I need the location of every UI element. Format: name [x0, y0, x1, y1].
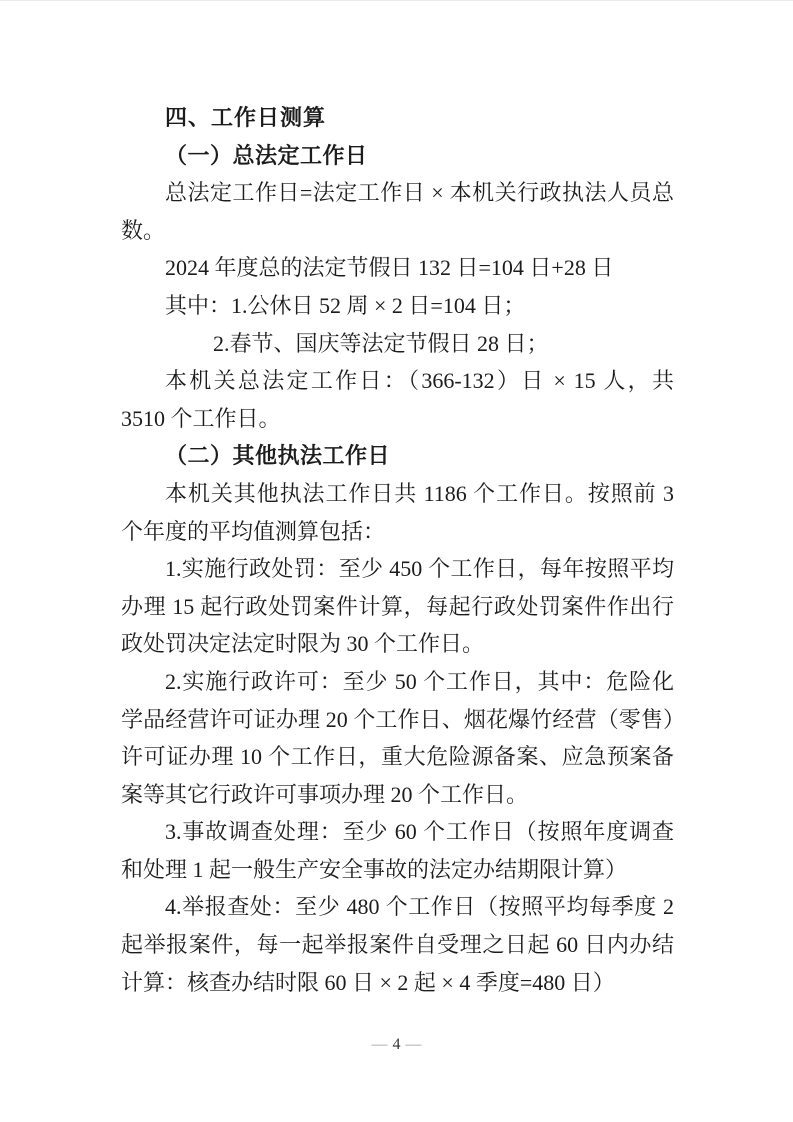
- footer-dash-right: —: [401, 1036, 427, 1053]
- document-body: 四、工作日测算 （一）总法定工作日 总法定工作日=法定工作日 × 本机关行政执法…: [121, 99, 674, 1001]
- paragraph-item-2: 2.实施行政许可：至少 50 个工作日，其中：危险化学品经营许可证办理 20 个…: [121, 663, 674, 813]
- paragraph-total: 本机关总法定工作日：（366-132）日 × 15 人，共 3510 个工作日。: [121, 362, 674, 437]
- subsection-title-1: （一）总法定工作日: [121, 137, 674, 175]
- paragraph-other-intro: 本机关其他执法工作日共 1186 个工作日。按照前 3 个年度的平均值测算包括：: [121, 475, 674, 550]
- page-footer: —4—: [0, 1037, 793, 1053]
- paragraph-formula: 总法定工作日=法定工作日 × 本机关行政执法人员总数。: [121, 174, 674, 249]
- document-page: 四、工作日测算 （一）总法定工作日 总法定工作日=法定工作日 × 本机关行政执法…: [0, 0, 793, 1122]
- subsection-title-2: （二）其他执法工作日: [121, 437, 674, 475]
- paragraph-item-3: 3.事故调查处理：至少 60 个工作日（按照年度调查和处理 1 起一般生产安全事…: [121, 813, 674, 888]
- section-title: 四、工作日测算: [121, 99, 674, 137]
- paragraph-item-1: 1.实施行政处罚：至少 450 个工作日，每年按照平均办理 15 起行政处罚案件…: [121, 550, 674, 663]
- paragraph-item-fest: 2.春节、国庆等法定节假日 28 日；: [121, 325, 674, 363]
- paragraph-item-4: 4.举报查处：至少 480 个工作日（按照平均每季度 2 起举报案件，每一起举报…: [121, 888, 674, 1001]
- footer-dash-left: —: [367, 1036, 393, 1053]
- page-number: 4: [393, 1036, 401, 1053]
- paragraph-item-rest: 其中：1.公休日 52 周 × 2 日=104 日；: [121, 287, 674, 325]
- paragraph-holidays: 2024 年度总的法定节假日 132 日=104 日+28 日: [121, 249, 674, 287]
